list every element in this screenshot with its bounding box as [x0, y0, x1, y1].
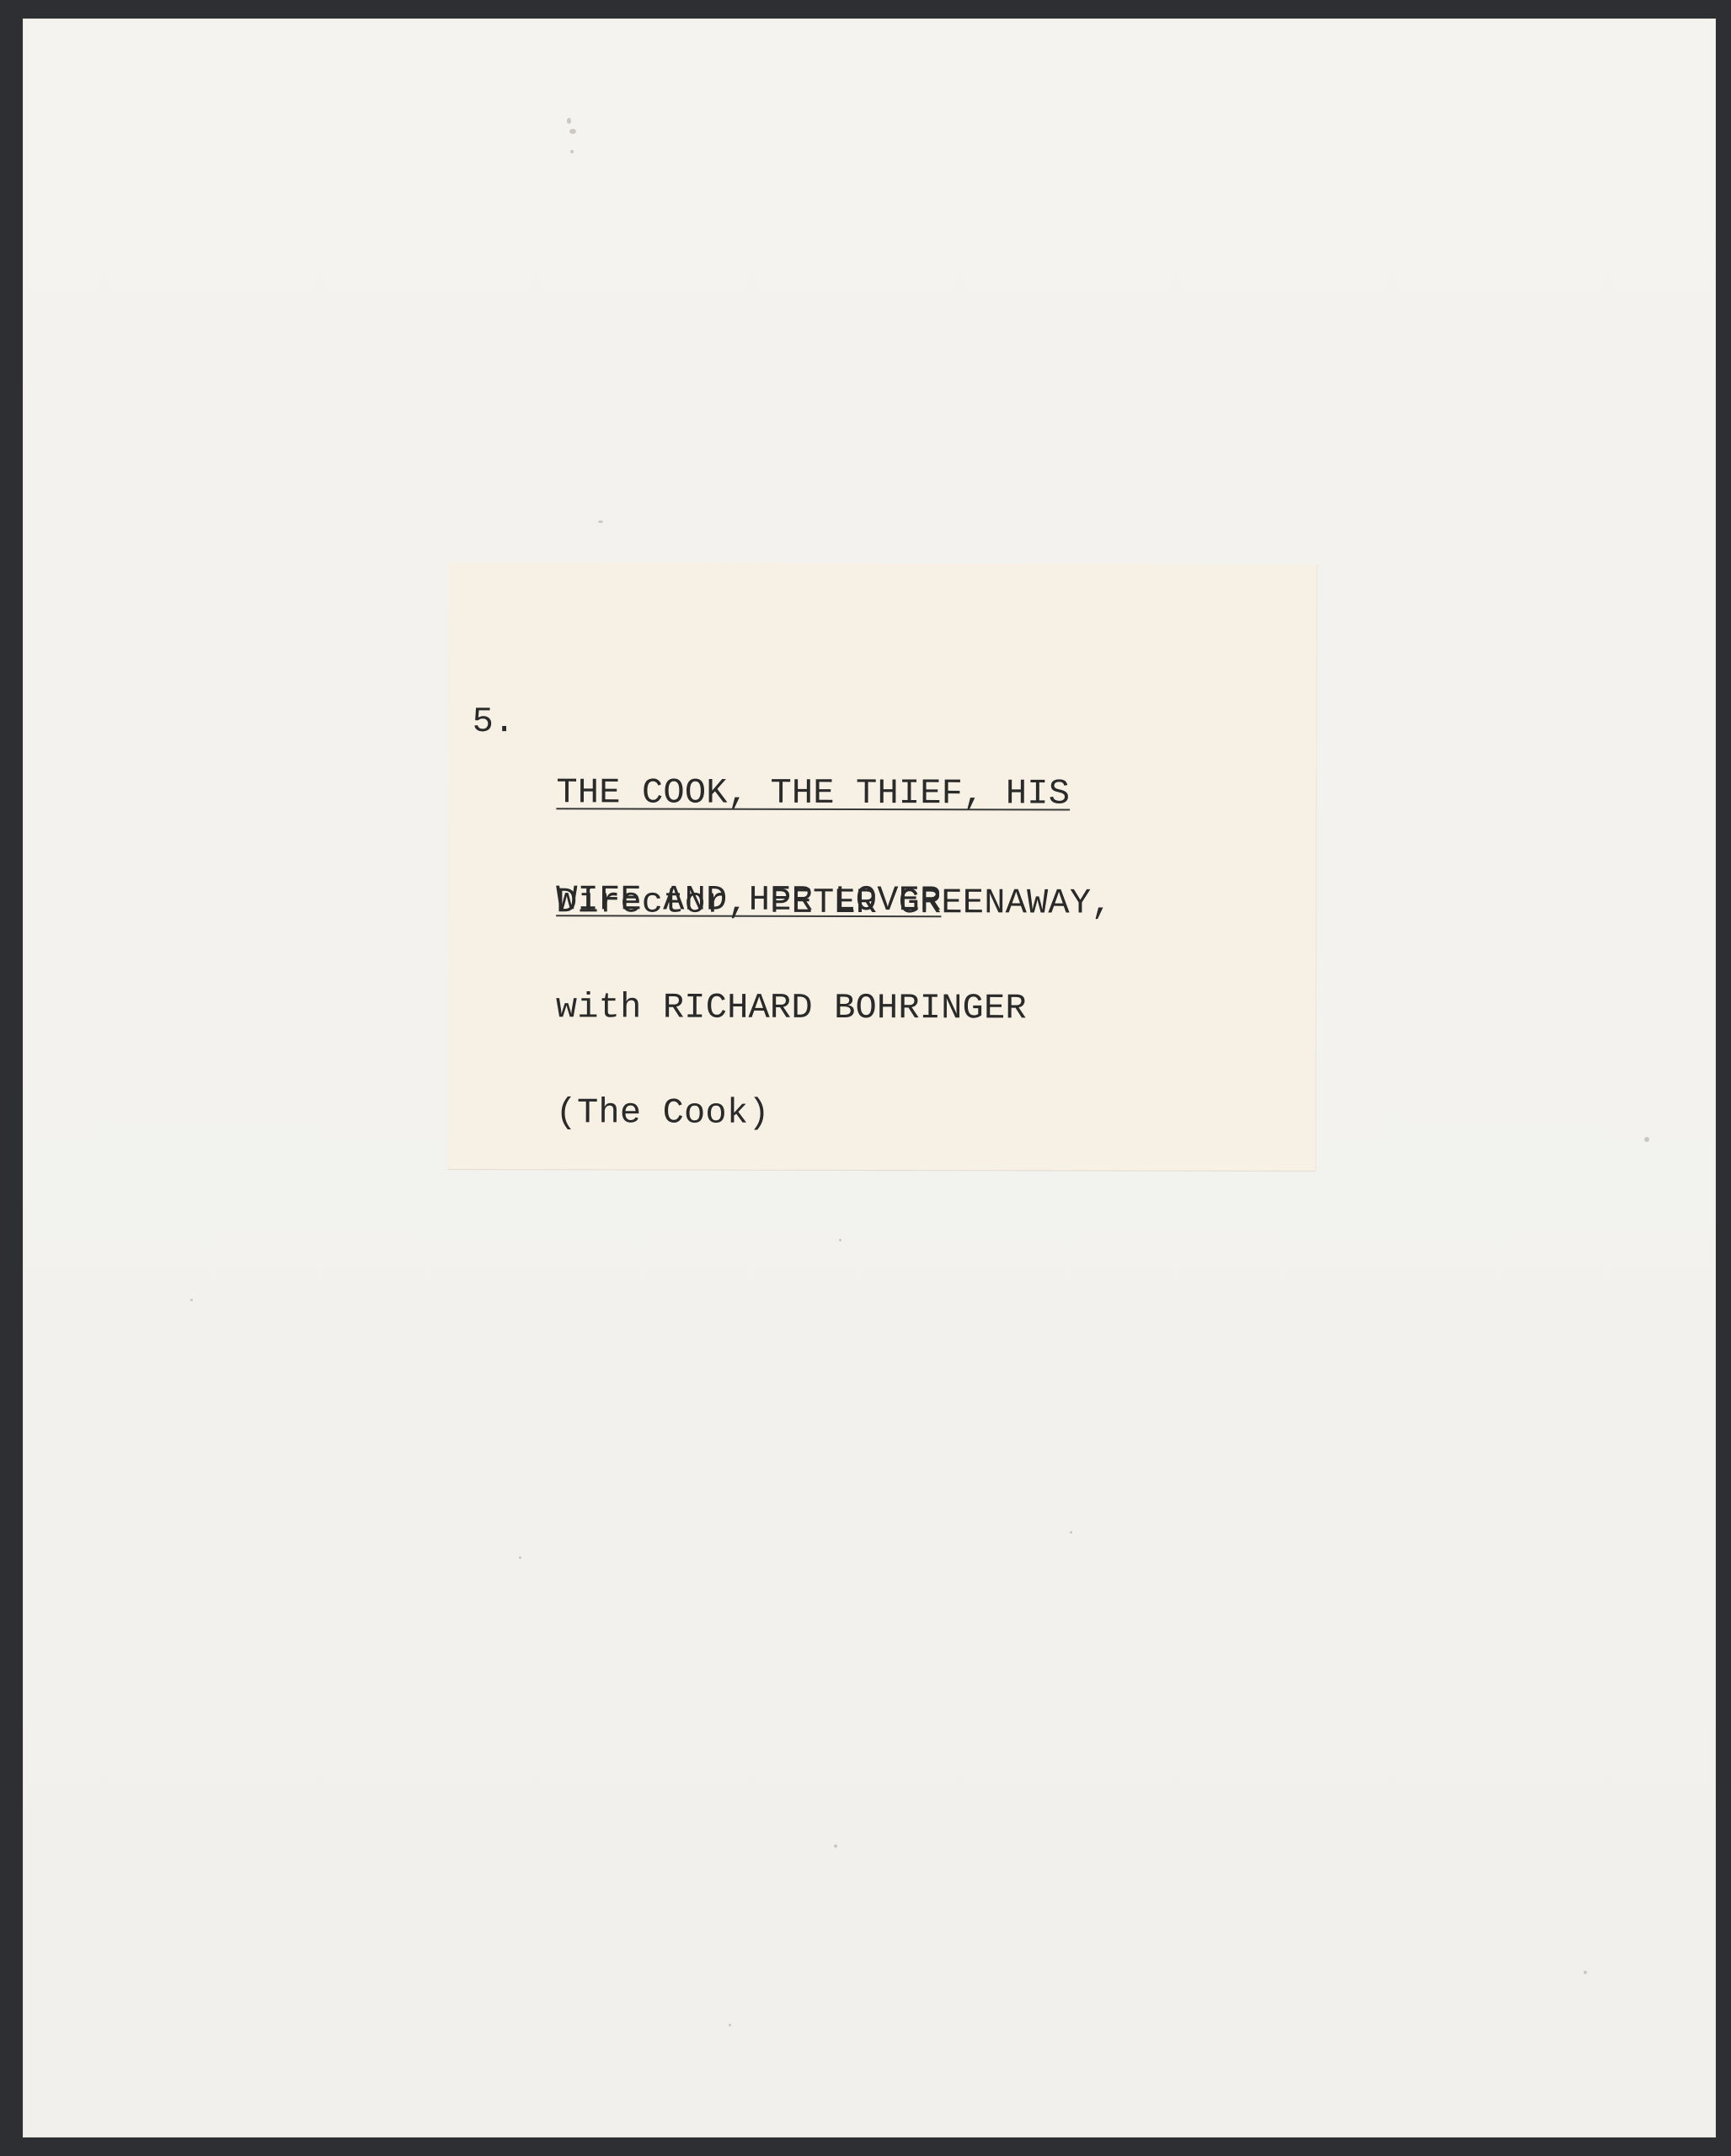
- item-number: 5.: [473, 704, 516, 739]
- dust-speck: [729, 2024, 731, 2026]
- dust-speck: [569, 129, 576, 134]
- dust-speck: [190, 1299, 193, 1301]
- dust-speck: [1644, 1137, 1649, 1142]
- cast-credit: with RICHARD BOHRINGER: [556, 990, 1113, 1025]
- dust-speck: [598, 520, 603, 523]
- photo-backing-sheet: 5. THE COOK, THE THIEF, HIS WIFE AND HER…: [23, 19, 1716, 2137]
- dust-speck: [1584, 1971, 1587, 1974]
- role-credit: (The Cook): [556, 1095, 1113, 1130]
- caption-card: 5. THE COOK, THE THIEF, HIS WIFE AND HER…: [447, 563, 1317, 1171]
- dust-speck: [567, 118, 571, 124]
- director-credit: Director, PETER GREENAWAY,: [556, 884, 1113, 920]
- dust-speck: [519, 1556, 521, 1559]
- dust-speck: [839, 1239, 841, 1241]
- credits: Director, PETER GREENAWAY, with RICHARD …: [555, 814, 1112, 1201]
- film-title-line: THE COOK, THE THIEF, HIS: [556, 775, 1070, 811]
- dust-speck: [1070, 1531, 1072, 1534]
- dust-speck: [570, 150, 574, 153]
- dust-speck: [834, 1844, 837, 1848]
